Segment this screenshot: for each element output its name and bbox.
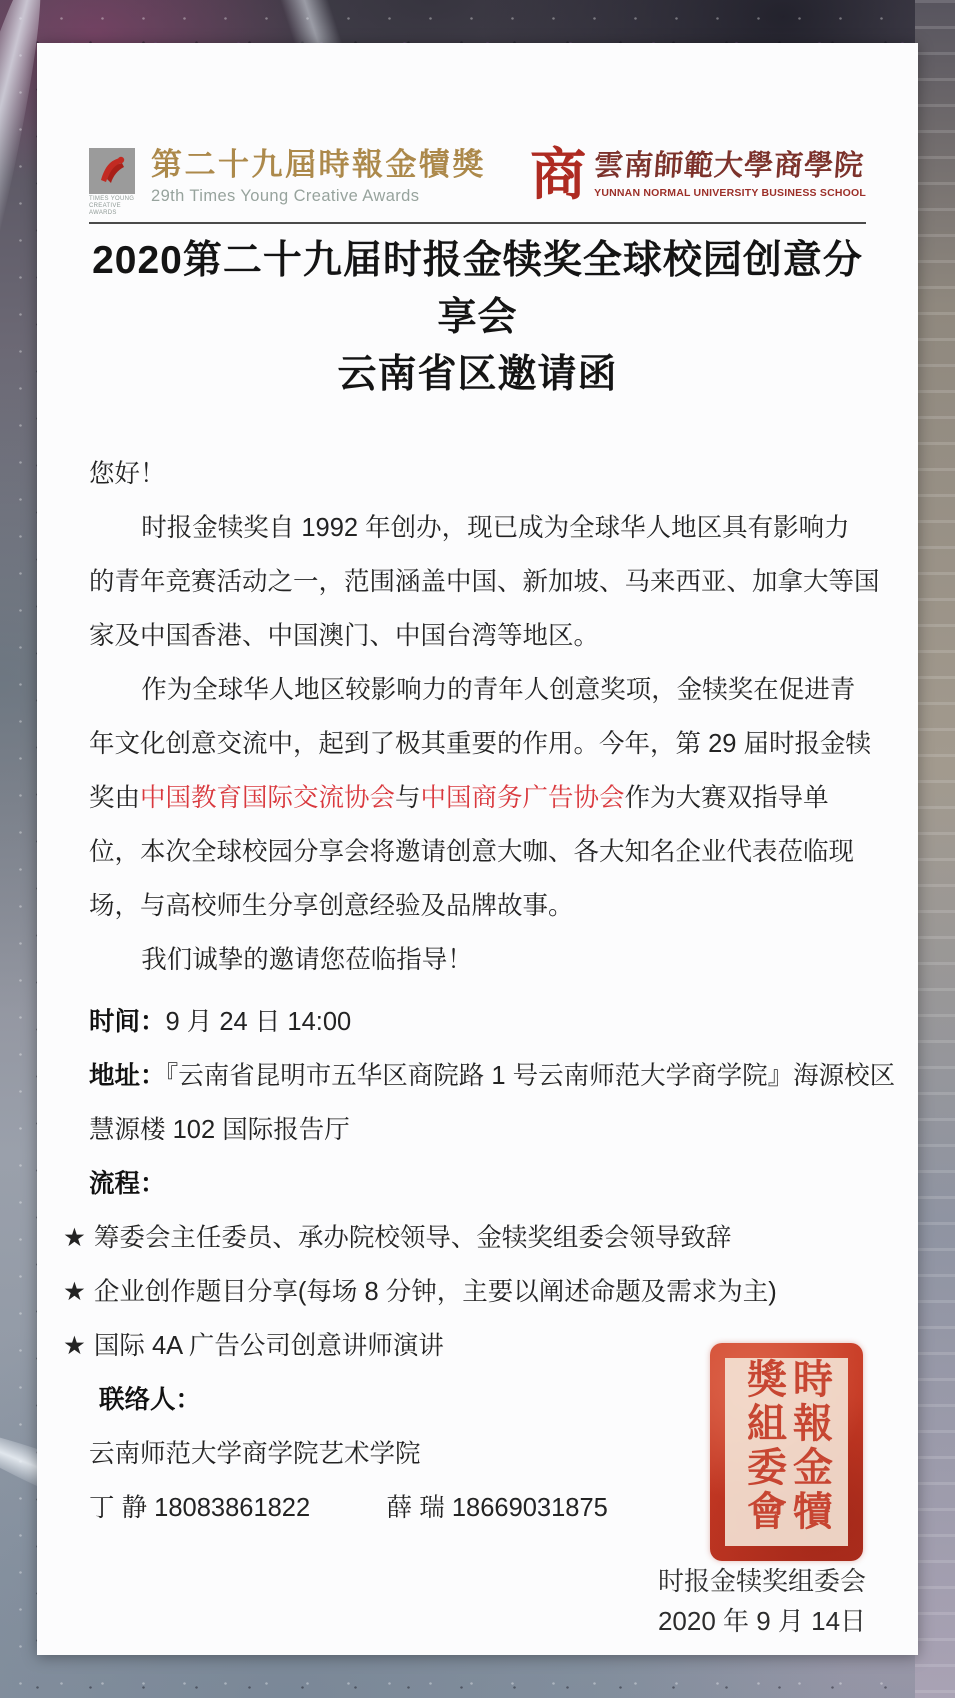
times-award-subtitle-en: 29th Times Young Creative Awards — [151, 187, 486, 206]
committee-seal-text: 時報金犢獎組委會 — [741, 1358, 833, 1546]
contact-label: 联络人： — [99, 1386, 201, 1414]
title-line1: 2020第二十九届时报金犊奖全球校园创意分享会 — [89, 232, 866, 346]
time-value: 9 月 24 日 14:00 — [166, 1008, 352, 1036]
paragraph-line: 场，与高校师生分享创意经验及品牌故事。 — [89, 879, 866, 933]
paragraph-line: 年文化创意交流中，起到了极其重要的作用。今年，第 29 届时报金犊 — [89, 717, 866, 771]
paragraph-line: 位，本次全球校园分享会将邀请创意大咖、各大知名企业代表莅临现 — [89, 825, 866, 879]
process-item: ★企业创作题目分享(每场 8 分钟，主要以阐述命题及需求为主) — [63, 1265, 866, 1319]
process-item-text: 国际 4A 广告公司创意讲师演讲 — [94, 1332, 444, 1360]
page-title: 2020第二十九届时报金犊奖全球校园创意分享会 云南省区邀请函 — [89, 232, 866, 403]
golden-calf-icon — [89, 148, 135, 194]
header: TIMES YOUNG CREATIVE AWARDS 第二十九屆時報金犢獎 2… — [89, 148, 866, 222]
process-label: 流程： — [89, 1170, 166, 1198]
paragraph-line: 作为全球华人地区较影响力的青年人创意奖项，金犊奖在促进青 — [89, 663, 866, 717]
address-line-1: 地址：『云南省昆明市五华区商院路 1 号云南师范大学商学院』海源校区 — [89, 1049, 866, 1103]
times-award-logo: TIMES YOUNG CREATIVE AWARDS 第二十九屆時報金犢獎 2… — [89, 148, 486, 217]
time-label: 时间： — [89, 1008, 166, 1036]
process-item-text: 筹委会主任委员、承办院校领导、金犊奖组委会领导致辞 — [94, 1224, 732, 1252]
committee-seal-inner: 時報金犢獎組委會 — [725, 1358, 848, 1546]
times-award-title-cn: 第二十九屆時報金犢獎 — [151, 148, 486, 182]
address-label: 地址： — [89, 1062, 166, 1090]
signature-block: 时报金犊奖组委会 2020 年 9 月 14日 — [634, 1561, 890, 1641]
university-logo: 商 雲南師範大學商學院 YUNNAN NORMAL UNIVERSITY BUS… — [530, 148, 866, 204]
signature-org: 时报金犊奖组委会 — [634, 1561, 890, 1601]
badge-caption: TIMES YOUNG CREATIVE AWARDS — [89, 196, 141, 217]
process-label-line: 流程： — [89, 1157, 866, 1211]
greeting: 您好！ — [89, 447, 866, 501]
time-line: 时间：9 月 24 日 14:00 — [89, 995, 866, 1049]
address-value-1: 『云南省昆明市五华区商院路 1 号云南师范大学商学院』海源校区 — [166, 1062, 896, 1090]
title-line2: 云南省区邀请函 — [89, 346, 866, 403]
shang-seal-icon: 商 — [530, 148, 586, 204]
background-right-band — [915, 0, 955, 1698]
committee-seal: 時報金犢獎組委會 — [710, 1343, 863, 1561]
process-item: ★筹委会主任委员、承办院校领导、金犊奖组委会领导致辞 — [63, 1211, 866, 1265]
university-subtitle-en: YUNNAN NORMAL UNIVERSITY BUSINESS SCHOOL — [594, 186, 866, 199]
text-segment: 与 — [395, 784, 421, 812]
invitation-card: TIMES YOUNG CREATIVE AWARDS 第二十九屆時報金犢獎 2… — [37, 43, 918, 1655]
signature-date: 2020 年 9 月 14日 — [634, 1601, 890, 1641]
paragraph-line: 时报金犊奖自 1992 年创办，现已成为全球华人地区具有影响力 — [89, 501, 866, 555]
header-divider — [89, 222, 866, 224]
text-segment: 奖由 — [89, 784, 140, 812]
address-line-2: 慧源楼 102 国际报告厅 — [89, 1103, 866, 1157]
text-segment: 作为大赛双指导单 — [625, 784, 829, 812]
paragraph-line: 的青年竞赛活动之一，范围涵盖中国、新加坡、马来西亚、加拿大等国 — [89, 555, 866, 609]
star-icon: ★ — [63, 1224, 86, 1252]
highlight-org-1: 中国教育国际交流协会 — [140, 784, 395, 812]
highlight-org-2: 中国商务广告协会 — [421, 784, 625, 812]
paragraph-line: 家及中国香港、中国澳门、中国台湾等地区。 — [89, 609, 866, 663]
invite-line: 我们诚挚的邀请您莅临指导！ — [89, 933, 866, 987]
star-icon: ★ — [63, 1332, 86, 1360]
paragraph-line-highlight: 奖由中国教育国际交流协会与中国商务广告协会作为大赛双指导单 — [89, 771, 866, 825]
star-icon: ★ — [63, 1278, 86, 1306]
university-title-cn: 雲南師範大學商學院 — [593, 148, 867, 184]
process-item-text: 企业创作题目分享(每场 8 分钟，主要以阐述命题及需求为主) — [94, 1278, 777, 1306]
